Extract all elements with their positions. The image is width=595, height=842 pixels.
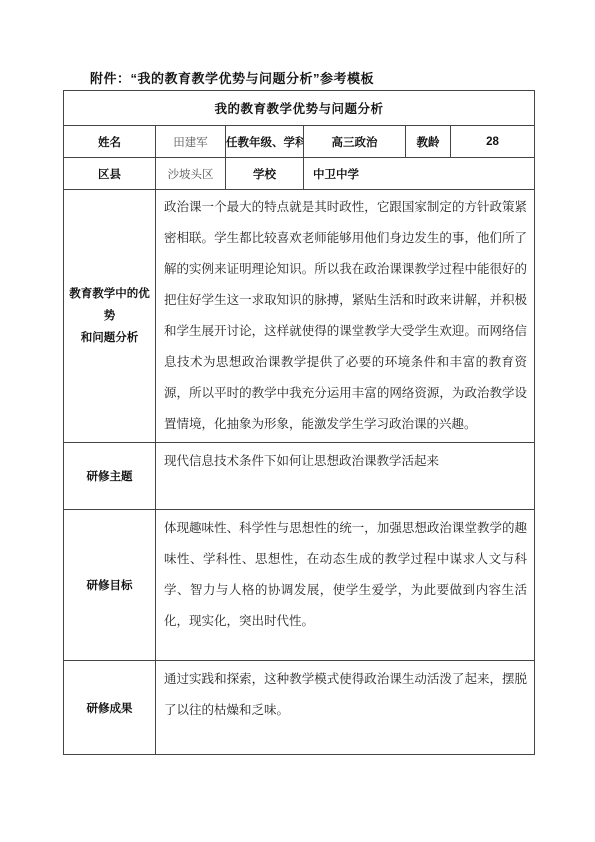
attachment-title: 附件：“我的教育教学优势与问题分析”参考模板 xyxy=(90,68,374,87)
analysis-table: 我的教育教学优势与问题分析 姓名 田建军 任教年级、学科 高三政治 教龄 28 … xyxy=(63,90,535,755)
strengths-analysis-content: 政治课一个最大的特点就是其时政性，它跟国家制定的方针政策紧密相联。学生都比较喜欢… xyxy=(156,190,535,443)
document-page: 附件：“我的教育教学优势与问题分析”参考模板 我的教育教学优势与问题分析 姓名 … xyxy=(0,0,595,842)
teaching-age-label: 教龄 xyxy=(406,126,451,158)
name-label: 姓名 xyxy=(64,126,156,158)
strengths-analysis-label: 教育教学中的优势 和问题分析 xyxy=(64,190,156,443)
district-label: 区县 xyxy=(64,158,156,190)
research-result-label: 研修成果 xyxy=(64,661,156,755)
school-label: 学校 xyxy=(226,158,304,190)
research-topic-label: 研修主题 xyxy=(64,443,156,510)
table-title: 我的教育教学优势与问题分析 xyxy=(64,91,535,126)
grade-subject-value: 高三政治 xyxy=(304,126,406,158)
research-goal-content: 体现趣味性、科学性与思想性的统一，加强思想政治课堂教学的趣味性、学科性、思想性，… xyxy=(156,510,535,661)
research-result-content: 通过实践和探索，这种教学模式使得政治课生动活泼了起来，摆脱了以往的枯燥和乏味。 xyxy=(156,661,535,755)
teaching-age-value: 28 xyxy=(451,126,535,158)
name-value: 田建军 xyxy=(156,126,226,158)
grade-subject-label: 任教年级、学科 xyxy=(226,126,304,158)
district-value: 沙坡头区 xyxy=(156,158,226,190)
research-goal-label: 研修目标 xyxy=(64,510,156,661)
school-value: 中卫中学 xyxy=(304,158,535,190)
research-topic-content: 现代信息技术条件下如何让思想政治课教学活起来 xyxy=(156,443,535,510)
